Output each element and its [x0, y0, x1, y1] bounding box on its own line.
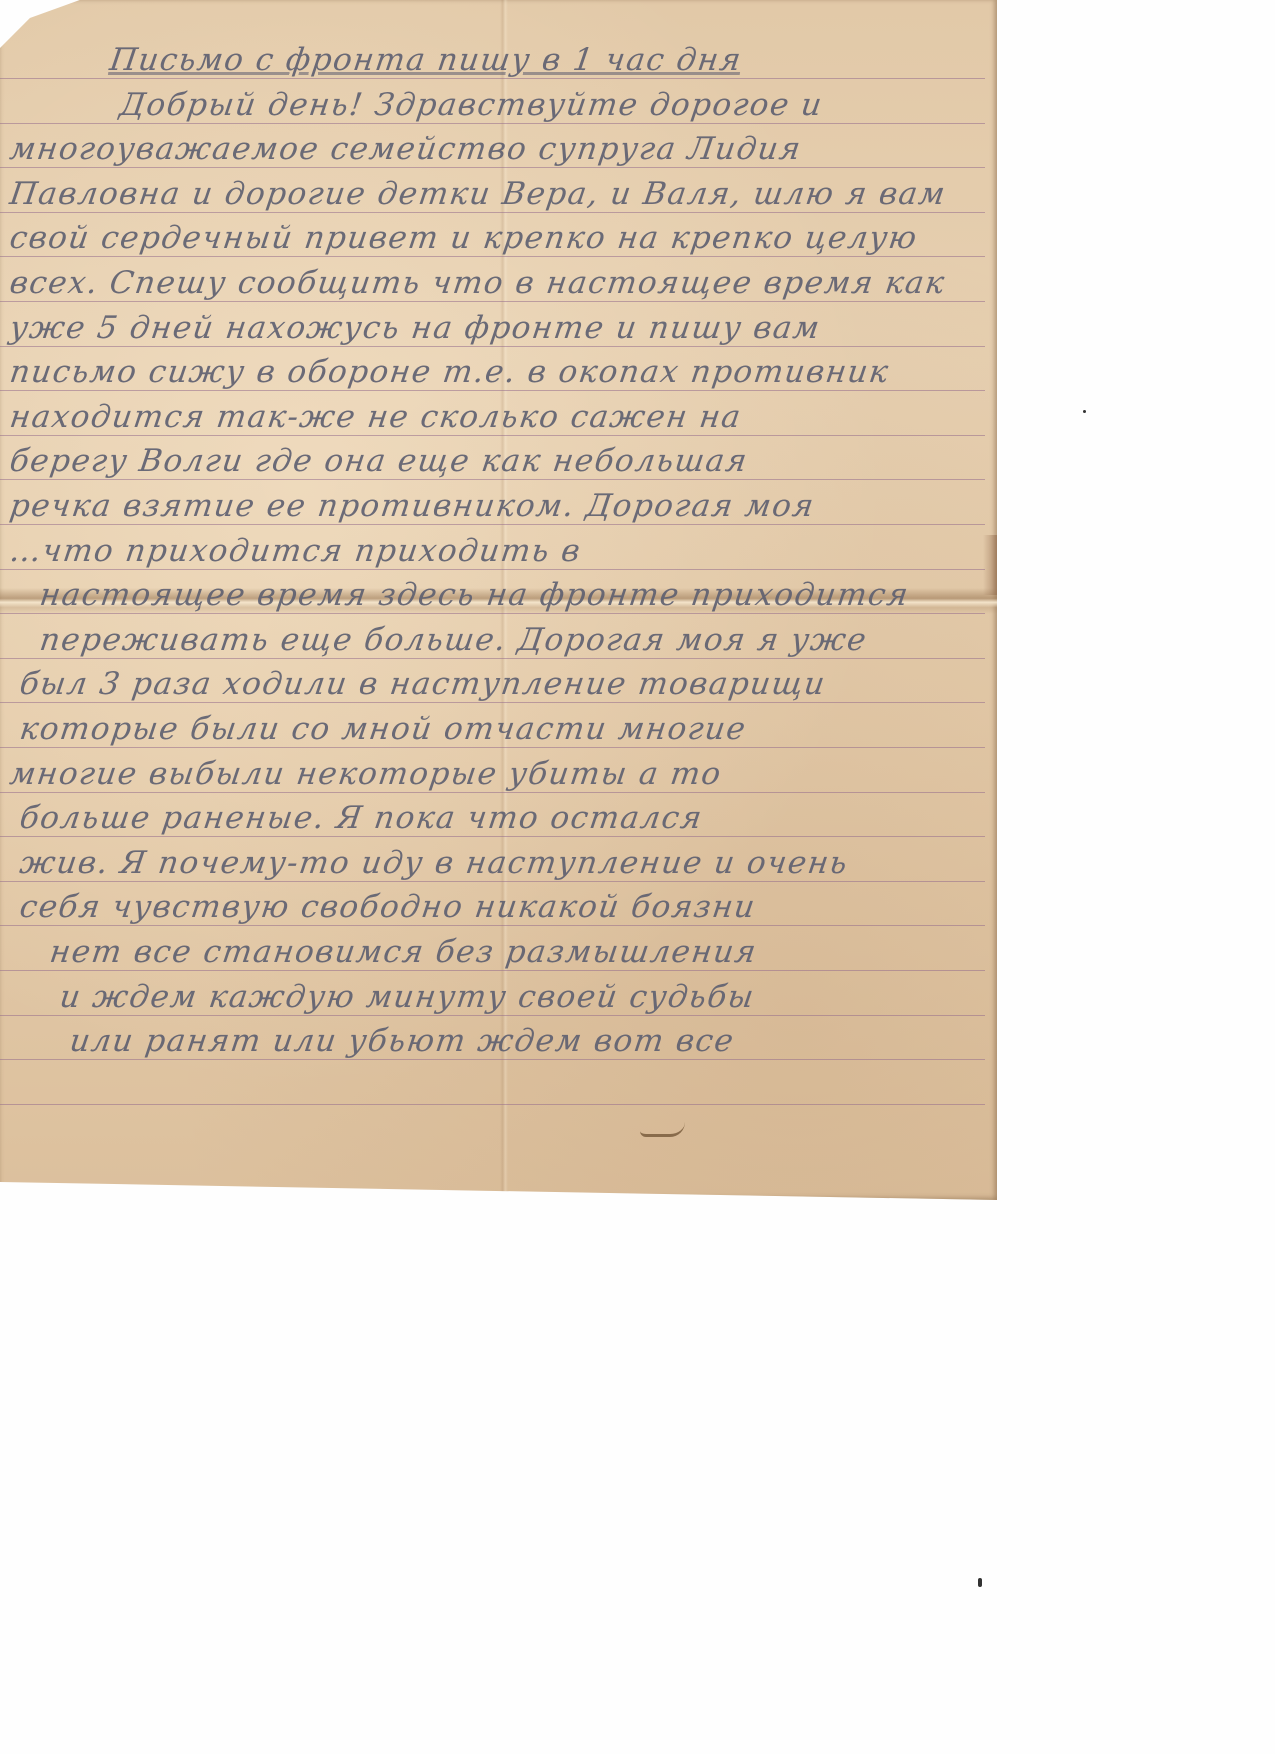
- letter-line: себя чувствую свободно никакой боязни: [17, 889, 758, 925]
- letter-line: письмо сижу в обороне т.е. в окопах прот…: [7, 354, 891, 390]
- letter-line: переживать еще больше. Дорогая моя я уже: [37, 622, 869, 658]
- letter-line: свой сердечный привет и крепко на крепко…: [7, 220, 920, 256]
- letter-line: уже 5 дней нахожусь на фронте и пишу вам: [7, 310, 822, 346]
- letter-line: многоуважаемое семейство супруга Лидия: [7, 131, 803, 167]
- letter-line: больше раненые. Я пока что остался: [17, 800, 705, 836]
- letter-line: …что приходится приходить в: [7, 533, 583, 569]
- letter-line: Павловна и дорогие детки Вера, и Валя, ш…: [7, 176, 948, 212]
- letter-line: жив. Я почему-то иду в наступление и оче…: [17, 845, 850, 881]
- letter-line: нет все становимся без размышления: [47, 934, 759, 970]
- scan-speck: [1083, 410, 1086, 413]
- letter-line: или ранят или убьют ждем вот все: [67, 1023, 736, 1059]
- letter-heading: Письмо с фронта пишу в 1 час дня: [107, 42, 744, 78]
- letter-paper: Письмо с фронта пишу в 1 час дняДобрый д…: [0, 0, 997, 1200]
- letter-line: настоящее время здесь на фронте приходит…: [37, 577, 911, 613]
- letter-line: Добрый день! Здравствуйте дорогое и: [117, 87, 825, 123]
- scan-background: Письмо с фронта пишу в 1 час дняДобрый д…: [0, 0, 1275, 1754]
- scan-speck: [978, 1578, 982, 1587]
- letter-line: берегу Волги где она еще как небольшая: [7, 443, 750, 479]
- letter-line: всех. Спешу сообщить что в настоящее вре…: [7, 265, 947, 301]
- handwritten-text: Письмо с фронта пишу в 1 час дняДобрый д…: [0, 0, 997, 1200]
- letter-line: которые были со мной отчасти многие: [17, 711, 748, 747]
- letter-line: речка взятие ее противником. Дорогая моя: [7, 488, 817, 524]
- letter-line: многие выбыли некоторые убиты а то: [7, 756, 724, 792]
- letter-line: находится так-же не сколько сажен на: [7, 399, 744, 435]
- letter-line: и ждем каждую минуту своей судьбы: [57, 979, 757, 1015]
- letter-line: был 3 раза ходили в наступление товарищи: [17, 666, 828, 702]
